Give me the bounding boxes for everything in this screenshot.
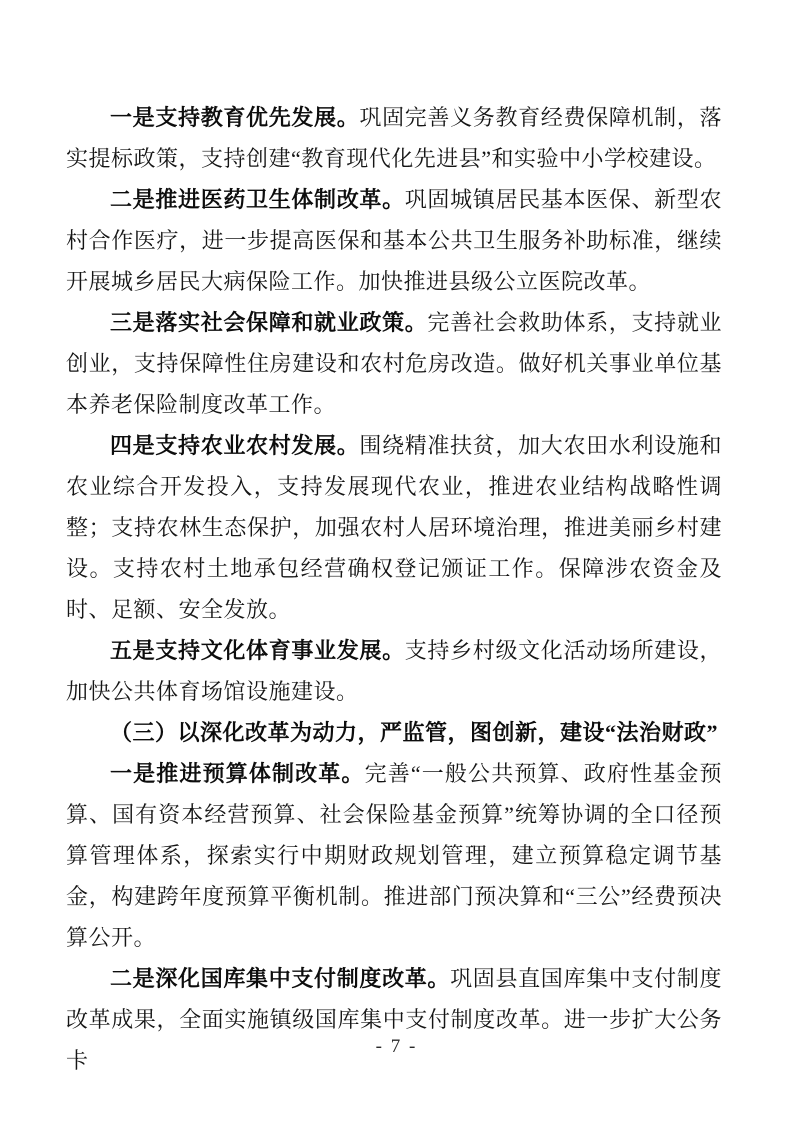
paragraph-text: 完善“一般公共预算、政府性基金预算、国有资本经营预算、社会保险基金预算”统筹协调… [66,761,722,950]
paragraph-culture-sports: 五是支持文化体育事业发展。支持乡村级文化活动场所建设，加快公共体育场馆设施建设。 [66,630,722,712]
paragraph-agriculture: 四是支持农业农村发展。围绕精准扶贫，加大农田水利设施和农业综合开发投入，支持发展… [66,425,722,630]
paragraph-education: 一是支持教育优先发展。巩固完善义务教育经费保障机制，落实提标政策，支持创建“教育… [66,97,722,179]
paragraph-lead: 五是支持文化体育事业发展。 [110,638,405,663]
section-heading-text: （三）以深化改革为动力，严监管，图创新，建设“法治财政” [110,720,718,745]
paragraph-lead: 四是支持农业农村发展。 [110,433,359,458]
section-heading-rule-of-law-finance: （三）以深化改革为动力，严监管，图创新，建设“法治财政” [66,712,722,753]
paragraph-treasury-payment-reform: 二是深化国库集中支付制度改革。巩固县直国库集中支付制度改革成果，全面实施镇级国库… [66,958,722,1081]
document-body: 一是支持教育优先发展。巩固完善义务教育经费保障机制，落实提标政策，支持创建“教育… [66,97,722,1081]
paragraph-lead: 一是支持教育优先发展。 [110,105,359,130]
paragraph-social-security: 三是落实社会保障和就业政策。完善社会救助体系，支持就业创业，支持保障性住房建设和… [66,302,722,425]
paragraph-lead: 一是推进预算体制改革。 [110,761,365,786]
paragraph-text: 围绕精准扶贫，加大农田水利设施和农业综合开发投入，支持发展现代农业，推进农业结构… [66,433,722,622]
page-number: - 7 - [0,1036,793,1058]
paragraph-healthcare: 二是推进医药卫生体制改革。巩固城镇居民基本医保、新型农村合作医疗，进一步提高医保… [66,179,722,302]
paragraph-budget-reform: 一是推进预算体制改革。完善“一般公共预算、政府性基金预算、国有资本经营预算、社会… [66,753,722,958]
paragraph-lead: 三是落实社会保障和就业政策。 [110,310,427,335]
paragraph-lead: 二是深化国库集中支付制度改革。 [110,966,450,991]
document-page: 一是支持教育优先发展。巩固完善义务教育经费保障机制，落实提标政策，支持创建“教育… [0,0,793,1122]
paragraph-lead: 二是推进医药卫生体制改革。 [110,187,405,212]
